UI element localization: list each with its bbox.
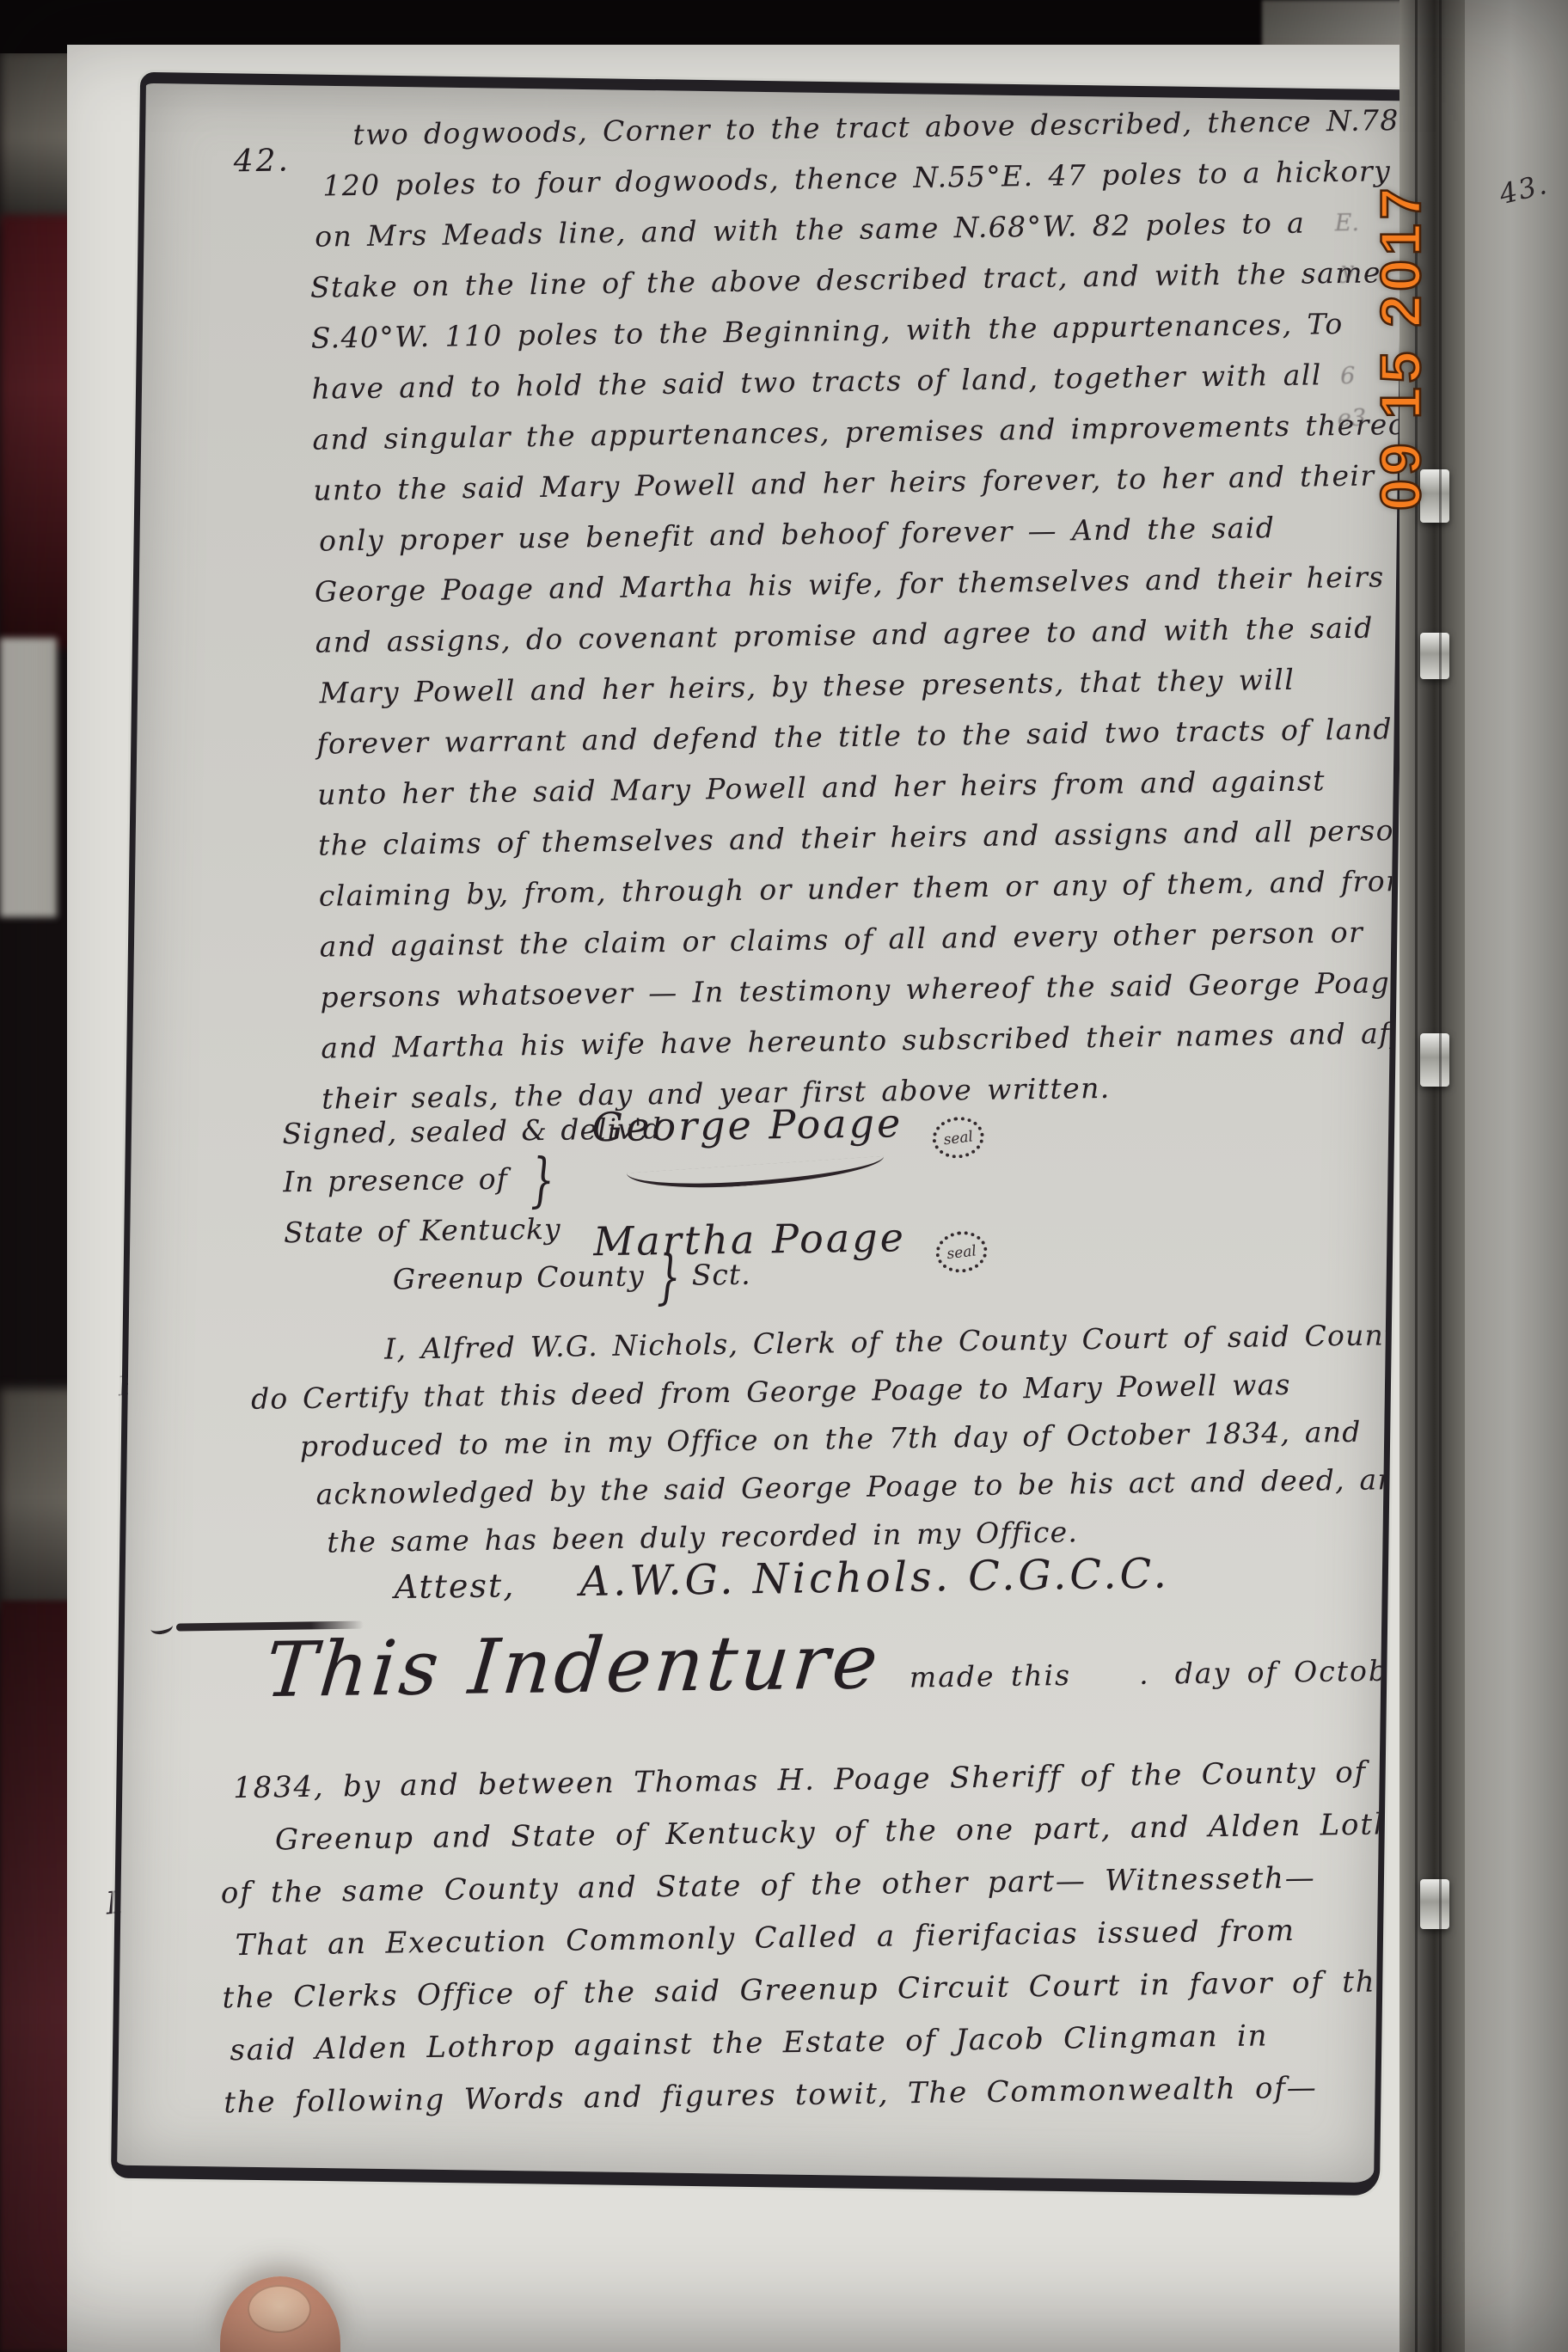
indenture-date-words: day of October [1174, 1653, 1409, 1690]
blank-day-dot: . [1139, 1657, 1148, 1691]
fingernail [248, 2285, 311, 2333]
deed-book-page: 42. two dogwoods, Corner to the tract ab… [111, 72, 1409, 2196]
signature-row: Martha Poageseal [593, 1215, 987, 1277]
indenture-made-this: made this [910, 1658, 1072, 1694]
photocopy-sheet: Examined &delivered SherifftoLothrop 42.… [67, 45, 1420, 2352]
seal-mark: seal [930, 1114, 986, 1161]
white-book-spine-blur [0, 638, 57, 917]
facing-page-edge: 43. [1465, 0, 1568, 2352]
signature-name: Martha Poage [593, 1214, 906, 1265]
attest-label: Attest, [394, 1566, 515, 1606]
signature-flourish [627, 1156, 885, 1194]
facing-page-number: 43. [1497, 170, 1551, 209]
indenture-title: This Indenture [262, 1624, 884, 1708]
indenture-body-text: 1834, by and between Thomas H. Poage She… [219, 1746, 1409, 2129]
clerk-certification: I, Alfred W.G. Nichols, Clerk of the Cou… [250, 1311, 1409, 1568]
ink-bleed-mark: y [1340, 259, 1364, 282]
indenture-heading: This Indenture made this . day of Octobe… [266, 1616, 1409, 1708]
photo-scene: Examined &delivered SherifftoLothrop 42.… [0, 0, 1568, 2352]
seal-mark: seal [933, 1228, 989, 1276]
metal-clip [1420, 633, 1449, 679]
ink-bleed-marks: E.y6e3 [1334, 211, 1366, 430]
ink-bleed-mark: e3 [1338, 407, 1367, 430]
ink-bleed-mark: E. [1334, 211, 1363, 235]
clerk-signature: A.W.G. Nichols. C.G.C.C. [579, 1550, 1170, 1607]
ink-bleed-mark: 6 [1340, 364, 1366, 388]
metal-clip [1420, 1879, 1449, 1929]
signature-row: George Poageseal [591, 1100, 986, 1187]
metal-clip [1420, 1033, 1449, 1087]
signature-name: George Poage [591, 1099, 903, 1150]
deed-body-text: two dogwoods, Corner to the tract above … [308, 94, 1409, 1124]
page-number: 42. [233, 145, 291, 177]
brace-squiggle: } [530, 1143, 555, 1218]
signature-block: George Poageseal Martha Poageseal [591, 1100, 988, 1310]
camera-timestamp: 09 15 2017 [1372, 184, 1429, 511]
